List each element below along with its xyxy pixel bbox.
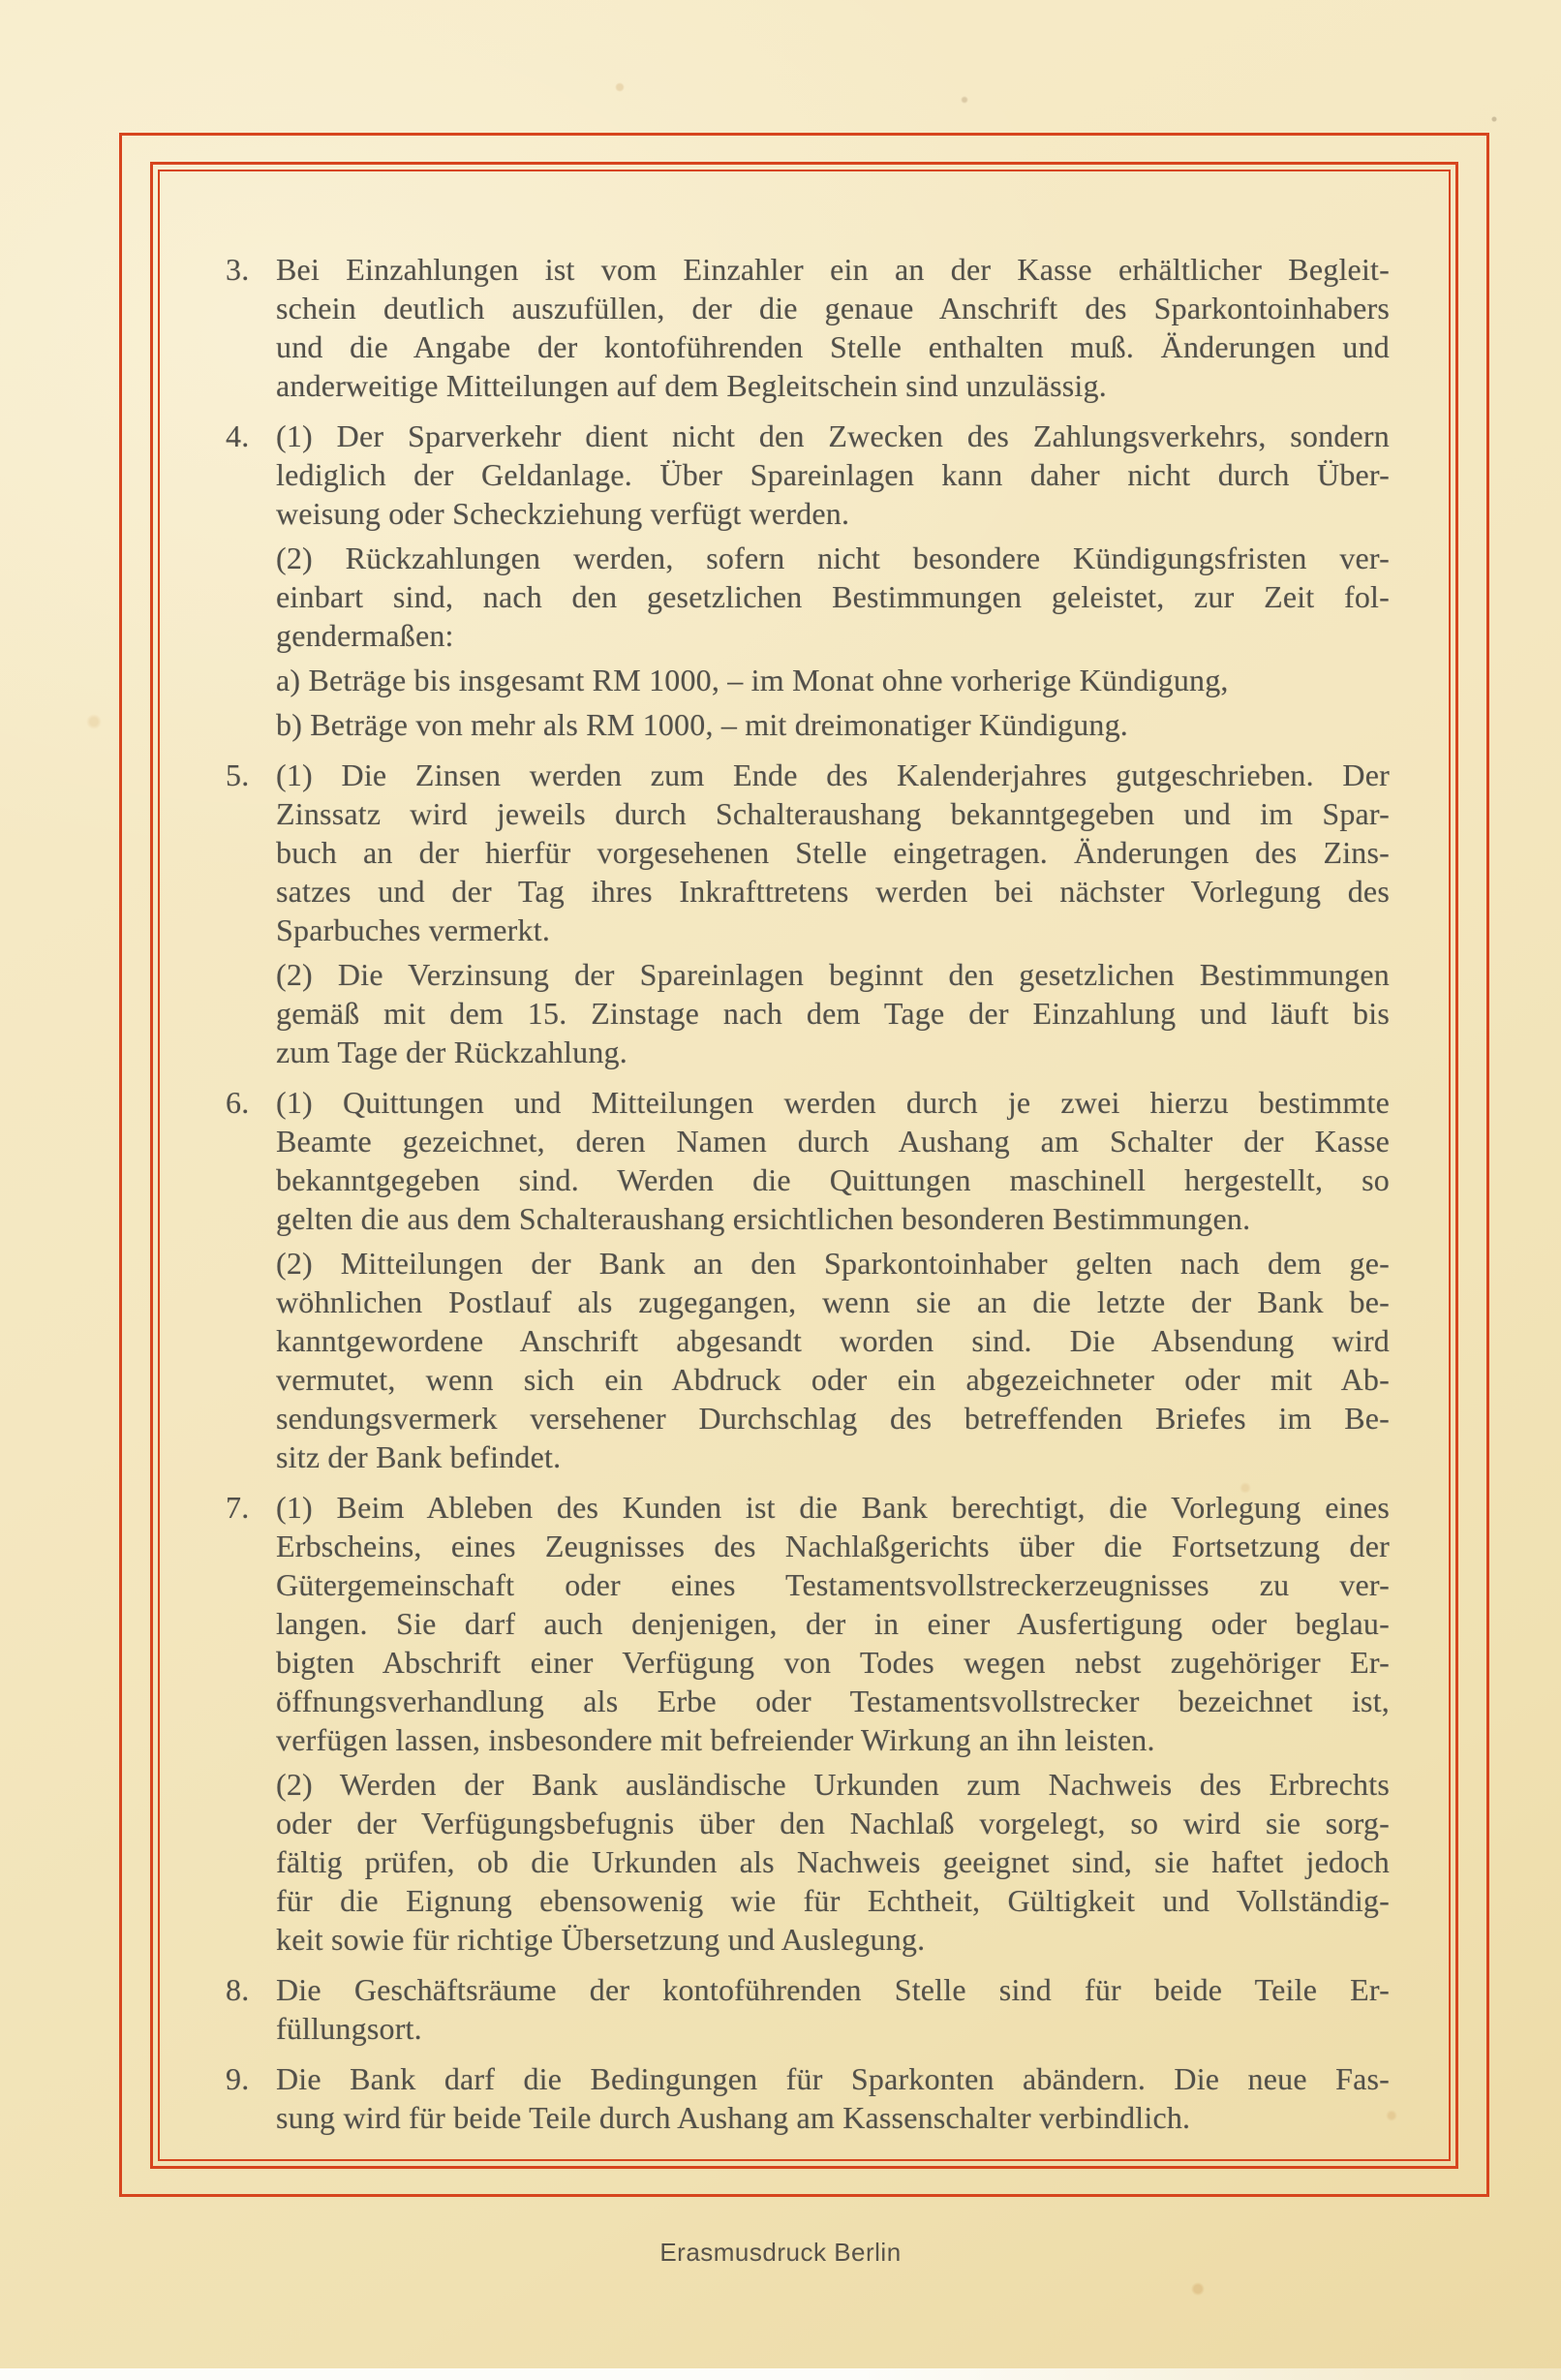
text-line: b) Beträge von mehr als RM 1000, – mit d…: [276, 705, 1390, 744]
text-line: gendermaßen:: [276, 616, 1390, 655]
term-item: 8.Die Geschäftsräume der kontoführenden …: [276, 1970, 1390, 2048]
text-line: Gütergemeinschaft oder eines Testamentsv…: [276, 1565, 1390, 1604]
term-item: 7.(1) Beim Ableben des Kunden ist die Ba…: [276, 1488, 1390, 1959]
paragraph-block: (2) Rückzahlungen werden, sofern nicht b…: [276, 539, 1390, 655]
text-line: sung wird für beide Teile durch Aushang …: [276, 2098, 1390, 2137]
text-line: weisung oder Scheckziehung verfügt werde…: [276, 494, 1390, 533]
paragraph-block: a) Beträge bis insgesamt RM 1000, – im M…: [276, 661, 1390, 699]
item-number: 9.: [226, 2059, 270, 2098]
text-line: Zinssatz wird jeweils durch Schalteraush…: [276, 794, 1390, 833]
term-item: 6.(1) Quittungen und Mitteilungen werden…: [276, 1083, 1390, 1476]
item-number: 4.: [226, 417, 270, 455]
paragraph-block: Die Geschäftsräume der kontoführenden St…: [276, 1970, 1390, 2048]
text-line: bekanntgegeben sind. Werden die Quittung…: [276, 1160, 1390, 1199]
paragraph-block: (2) Die Verzinsung der Spareinlagen begi…: [276, 955, 1390, 1071]
text-line: (2) Rückzahlungen werden, sofern nicht b…: [276, 539, 1390, 577]
document-page: { "document": { "type": "savings-account…: [0, 0, 1561, 2380]
text-line: gemäß mit dem 15. Zinstage nach dem Tage…: [276, 994, 1390, 1033]
printer-imprint: Erasmusdruck Berlin: [0, 2238, 1561, 2267]
item-number: 6.: [226, 1083, 270, 1122]
text-line: oder der Verfügungsbefugnis über den Nac…: [276, 1804, 1390, 1842]
text-line: a) Beträge bis insgesamt RM 1000, – im M…: [276, 661, 1390, 699]
terms-list: 3.Bei Einzahlungen ist vom Einzahler ein…: [276, 244, 1390, 2137]
text-line: kanntgewordene Anschrift abgesandt worde…: [276, 1321, 1390, 1360]
text-line: vermutet, wenn sich ein Abdruck oder ein…: [276, 1360, 1390, 1399]
text-line: (1) Der Sparverkehr dient nicht den Zwec…: [276, 417, 1390, 455]
term-item: 9.Die Bank darf die Bedingungen für Spar…: [276, 2059, 1390, 2137]
paragraph-block: Die Bank darf die Bedingungen für Sparko…: [276, 2059, 1390, 2137]
text-line: gelten die aus dem Schalteraushang ersic…: [276, 1199, 1390, 1238]
paragraph-block: (1) Beim Ableben des Kunden ist die Bank…: [276, 1488, 1390, 1759]
text-line: füllungsort.: [276, 2009, 1390, 2048]
text-line: sitz der Bank befindet.: [276, 1437, 1390, 1476]
text-line: Bei Einzahlungen ist vom Einzahler ein a…: [276, 250, 1390, 289]
text-line: (1) Beim Ableben des Kunden ist die Bank…: [276, 1488, 1390, 1527]
text-line: wöhnlichen Postlauf als zugegangen, wenn…: [276, 1283, 1390, 1321]
paragraph-block: b) Beträge von mehr als RM 1000, – mit d…: [276, 705, 1390, 744]
text-line: satzes und der Tag ihres Inkrafttretens …: [276, 872, 1390, 911]
text-line: lediglich der Geldanlage. Über Spareinla…: [276, 455, 1390, 494]
text-line: für die Eignung ebensowenig wie für Echt…: [276, 1881, 1390, 1920]
text-line: (2) Werden der Bank ausländische Urkunde…: [276, 1765, 1390, 1804]
paragraph-block: (1) Die Zinsen werden zum Ende des Kalen…: [276, 756, 1390, 949]
paragraph-block: (2) Mitteilungen der Bank an den Sparkon…: [276, 1244, 1390, 1476]
paragraph-block: (2) Werden der Bank ausländische Urkunde…: [276, 1765, 1390, 1959]
text-line: langen. Sie darf auch denjenigen, der in…: [276, 1604, 1390, 1643]
item-number: 7.: [226, 1488, 270, 1527]
paragraph-block: Bei Einzahlungen ist vom Einzahler ein a…: [276, 250, 1390, 405]
text-line: (1) Quittungen und Mitteilungen werden d…: [276, 1083, 1390, 1122]
term-item: 4.(1) Der Sparverkehr dient nicht den Zw…: [276, 417, 1390, 744]
scan-edge: [0, 2368, 1561, 2380]
text-line: Die Bank darf die Bedingungen für Sparko…: [276, 2059, 1390, 2098]
item-number: 5.: [226, 756, 270, 794]
text-line: Beamte gezeichnet, deren Namen durch Aus…: [276, 1122, 1390, 1160]
text-line: zum Tage der Rückzahlung.: [276, 1033, 1390, 1071]
text-line: anderweitige Mitteilungen auf dem Beglei…: [276, 366, 1390, 405]
text-line: (1) Die Zinsen werden zum Ende des Kalen…: [276, 756, 1390, 794]
text-line: Die Geschäftsräume der kontoführenden St…: [276, 1970, 1390, 2009]
text-line: buch an der hierfür vorgesehenen Stelle …: [276, 833, 1390, 872]
item-number: 8.: [226, 1970, 270, 2009]
text-line: sendungsvermerk versehener Durchschlag d…: [276, 1399, 1390, 1437]
text-line: (2) Mitteilungen der Bank an den Sparkon…: [276, 1244, 1390, 1283]
text-line: fältig prüfen, ob die Urkunden als Nachw…: [276, 1842, 1390, 1881]
item-number: 3.: [226, 250, 270, 289]
text-line: schein deutlich auszufüllen, der die gen…: [276, 289, 1390, 327]
text-line: und die Angabe der kontoführenden Stelle…: [276, 327, 1390, 366]
text-line: öffnungsverhandlung als Erbe oder Testam…: [276, 1682, 1390, 1720]
text-line: bigten Abschrift einer Verfügung von Tod…: [276, 1643, 1390, 1682]
term-item: 5.(1) Die Zinsen werden zum Ende des Kal…: [276, 756, 1390, 1071]
text-line: keit sowie für richtige Übersetzung und …: [276, 1920, 1390, 1959]
text-line: (2) Die Verzinsung der Spareinlagen begi…: [276, 955, 1390, 994]
term-item: 3.Bei Einzahlungen ist vom Einzahler ein…: [276, 250, 1390, 405]
text-line: Erbscheins, eines Zeugnisses des Nachlaß…: [276, 1527, 1390, 1565]
text-line: Sparbuches vermerkt.: [276, 911, 1390, 949]
paragraph-block: (1) Quittungen und Mitteilungen werden d…: [276, 1083, 1390, 1238]
text-line: einbart sind, nach den gesetzlichen Best…: [276, 577, 1390, 616]
paragraph-block: (1) Der Sparverkehr dient nicht den Zwec…: [276, 417, 1390, 533]
text-line: verfügen lassen, insbesondere mit befrei…: [276, 1720, 1390, 1759]
